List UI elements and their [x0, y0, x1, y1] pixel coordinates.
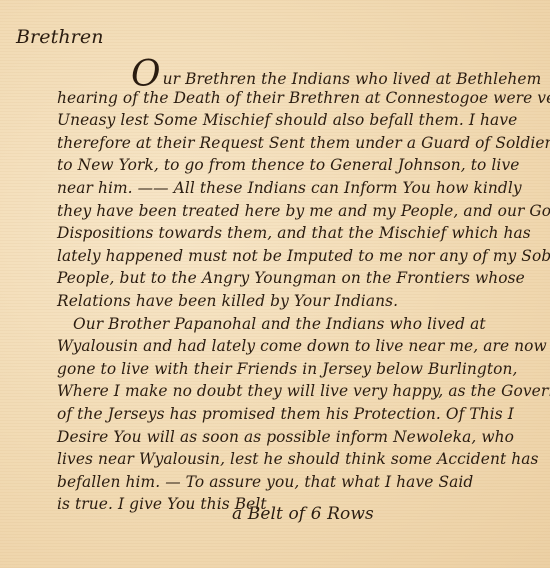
letter-line: Dispositions towards them, and that the … — [57, 222, 537, 245]
letter-line: People, but to the Angry Youngman on the… — [57, 267, 537, 290]
letter-line: lives near Wyalousin, lest he should thi… — [57, 448, 537, 471]
letter-line: Relations have been killed by Your India… — [57, 290, 537, 313]
manuscript-page: Brethren Our Brethren the Indians who li… — [0, 0, 550, 568]
letter-line: Where I make no doubt they will live ver… — [57, 380, 537, 403]
letter-line: lately happened must not be Imputed to m… — [57, 245, 537, 268]
letter-line: Our Brethren the Indians who lived at Be… — [57, 64, 537, 87]
letter-line: therefore at their Request Sent them und… — [57, 132, 537, 155]
letter-line: of the Jerseys has promised them his Pro… — [57, 403, 537, 426]
letter-line: Our Brother Papanohal and the Indians wh… — [57, 313, 537, 336]
letter-line: Uneasy lest Some Mischief should also be… — [57, 109, 537, 132]
salutation: Brethren — [16, 26, 104, 48]
letter-line: Desire You will as soon as possible info… — [57, 426, 537, 449]
letter-line: befallen him. — To assure you, that what… — [57, 471, 537, 494]
letter-body: Our Brethren the Indians who lived at Be… — [57, 64, 537, 516]
letter-line: Wyalousin and had lately come down to li… — [57, 335, 537, 358]
letter-line: to New York, to go from thence to Genera… — [57, 154, 537, 177]
closing-note: a Belt of 6 Rows — [232, 504, 374, 524]
letter-line: they have been treated here by me and my… — [57, 200, 537, 223]
letter-line: hearing of the Death of their Brethren a… — [57, 87, 537, 110]
letter-line: gone to live with their Friends in Jerse… — [57, 358, 537, 381]
letter-line: near him. —— All these Indians can Infor… — [57, 177, 537, 200]
